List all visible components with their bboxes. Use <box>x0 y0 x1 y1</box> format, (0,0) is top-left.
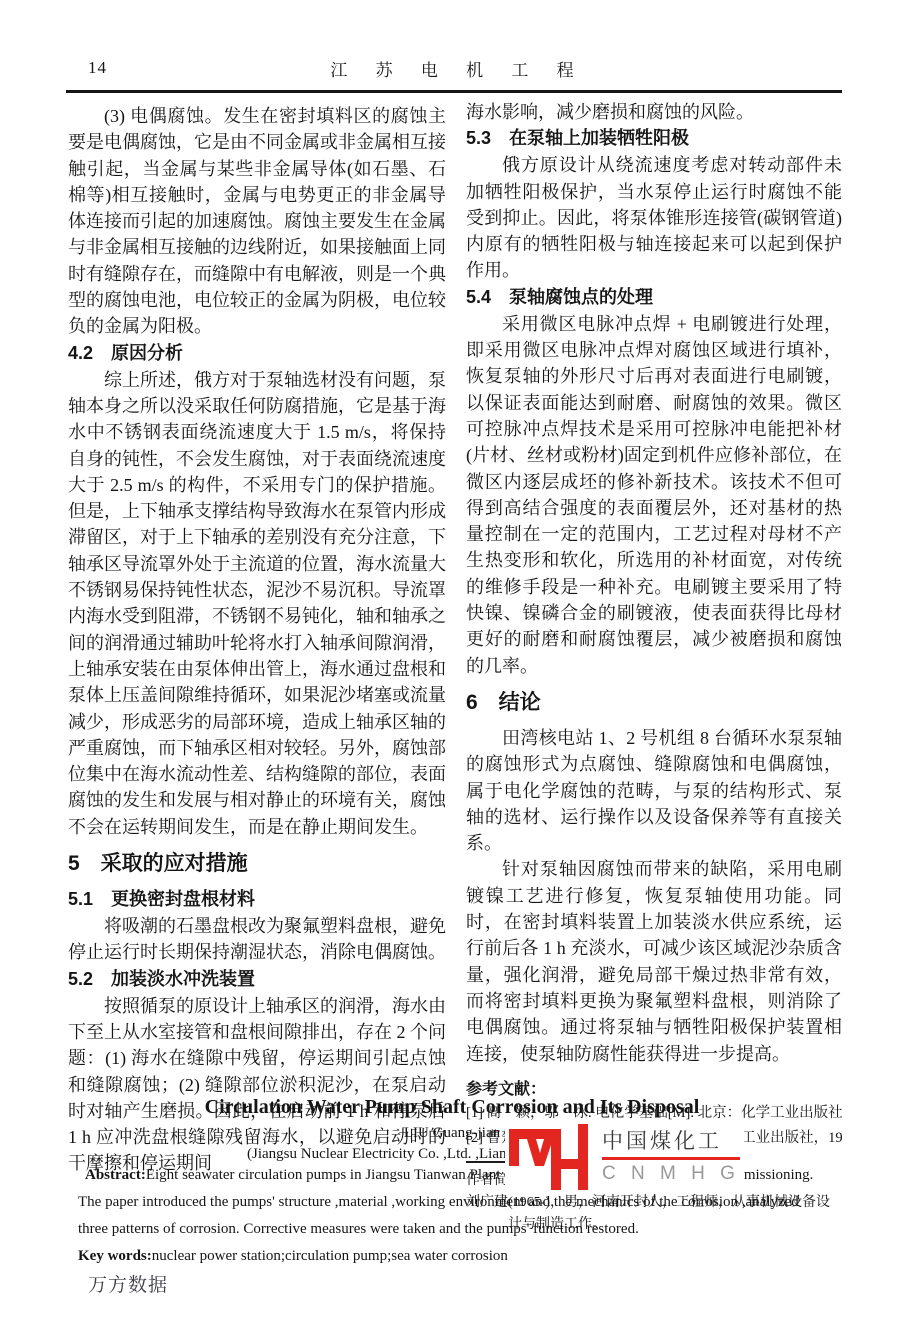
keywords-line: Key words:nuclear power station;circulat… <box>78 1248 508 1265</box>
watermark-cn-text: 中国煤化工 <box>602 1130 740 1160</box>
section-heading: 5 采取的应对措施 <box>68 850 446 878</box>
paragraph: (3) 电偶腐蚀。发生在密封填料区的腐蚀主要是电偶腐蚀，它是由不同金属或非金属相… <box>68 103 446 340</box>
section-heading: 6 结论 <box>466 689 842 717</box>
abstract-line-1-text: Eight seawater circulation pumps in Jian… <box>146 1167 507 1183</box>
paragraph: 采用微区电脉冲点焊 + 电刷镀进行处理，即采用微区电脉冲点焊对腐蚀区域进行填补，… <box>466 311 842 679</box>
right-column: 海水影响，减少磨损和腐蚀的风险。5.3 在泵轴上加装牺牲阳极俄方原设计从绕流速度… <box>466 99 842 1236</box>
abstract-label: Abstract: <box>85 1167 146 1183</box>
keywords-text: nuclear power station;circulation pump;s… <box>152 1248 508 1264</box>
paragraph: 俄方原设计从绕流速度考虑对转动部件未加牺牲阳极保护，当水泵停止运行时腐蚀不能受到… <box>466 152 842 283</box>
abstract-line-3: three patterns of corrosion. Corrective … <box>78 1221 639 1238</box>
subsection-heading: 4.2 原因分析 <box>68 340 446 367</box>
english-affiliation: (Jiangsu Nuclear Electricity Co. ,Ltd. ,… <box>247 1146 509 1163</box>
subsection-heading: 5.3 在泵轴上加装牺牲阳极 <box>466 125 842 152</box>
english-author: LIU Guang-jian <box>0 1125 904 1142</box>
paragraph: 针对泵轴因腐蚀而带来的缺陷，采用电刷镀镍工艺进行修复，恢复泵轴使用功能。同时，在… <box>466 856 842 1066</box>
paragraph: 海水影响，减少磨损和腐蚀的风险。 <box>466 99 842 125</box>
english-footer: Circulation Water Pump Shaft Corrosion a… <box>0 1090 904 1270</box>
header-rule <box>66 90 842 93</box>
journal-page: 14 江 苏 电 机 工 程 (3) 电偶腐蚀。发生在密封填料区的腐蚀主要是电偶… <box>0 0 904 1320</box>
paragraph: 综上所述，俄方对于泵轴选材没有问题，泵轴本身之所以没采取任何防腐措施，它是基于海… <box>68 367 446 840</box>
watermark-en-text: C N M H G <box>602 1163 740 1184</box>
left-column: (3) 电偶腐蚀。发生在密封填料区的腐蚀主要是电偶腐蚀，它是由不同金属或非金属相… <box>68 103 446 1177</box>
watermark-text-block: 中国煤化工 C N M H G <box>602 1124 740 1184</box>
cnmhg-watermark: 中国煤化工 C N M H G <box>505 1122 744 1192</box>
subsection-heading: 5.2 加装淡水冲洗装置 <box>68 966 446 993</box>
abstract-line-2: The paper introduced the pumps' structur… <box>78 1194 799 1211</box>
cnmhg-logo-icon <box>505 1124 593 1190</box>
abstract-line-1: Abstract:Eight seawater circulation pump… <box>85 1167 507 1184</box>
journal-title: 江 苏 电 机 工 程 <box>0 56 904 81</box>
subsection-heading: 5.1 更换密封盘根材料 <box>68 886 446 913</box>
subsection-heading: 5.4 泵轴腐蚀点的处理 <box>466 284 842 311</box>
wanfang-watermark: 万方数据 <box>88 1270 168 1297</box>
paragraph: 田湾核电站 1、2 号机组 8 台循环水泵泵轴的腐蚀形式为点腐蚀、缝隙腐蚀和电偶… <box>466 725 842 856</box>
paragraph: 将吸潮的石墨盘根改为聚氟塑料盘根，避免停止运行时长期保持潮湿状态，消除电偶腐蚀。 <box>68 913 446 966</box>
keywords-label: Key words: <box>78 1248 152 1264</box>
english-title: Circulation Water Pump Shaft Corrosion a… <box>0 1096 904 1119</box>
